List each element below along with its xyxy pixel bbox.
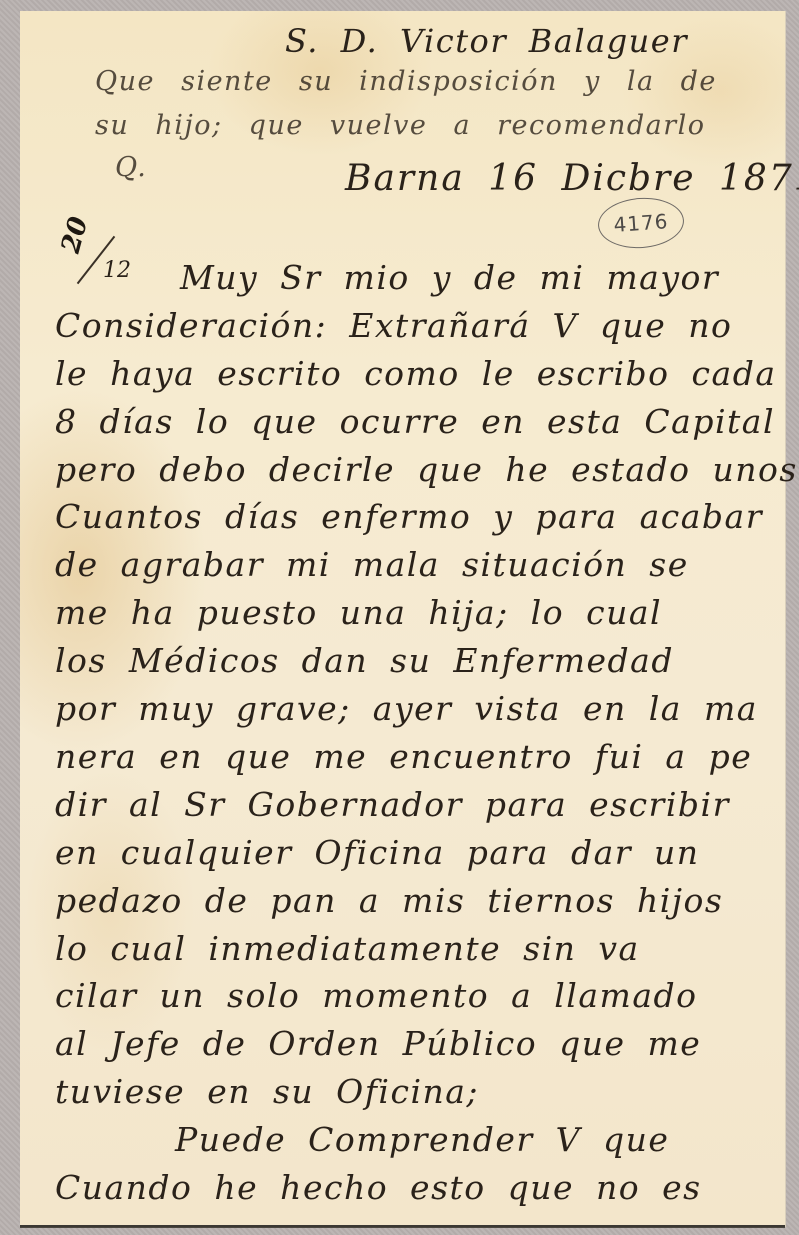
body-line: Consideración: Extrañará V que no (55, 306, 732, 345)
margin-note: 20 12 (55, 220, 125, 300)
body-line: pero debo decirle que he estado unos (55, 450, 798, 489)
body-line: Muy Sr mio y de mi mayor (180, 258, 719, 297)
body-line: nera en que me encuentro fui a pe (55, 737, 752, 776)
body-line: le haya escrito como le escribo cada (55, 354, 777, 393)
annotation-line: Q. (115, 152, 147, 183)
recipient-line: S. D. Victor Balaguer (285, 22, 688, 60)
body-line: cilar un solo momento a llamado (55, 976, 698, 1015)
body-line: de agrabar mi mala situación se (55, 545, 689, 584)
body-line: Cuando he hecho esto que no es (55, 1168, 702, 1207)
body-line: pedazo de pan a mis tiernos hijos (55, 881, 723, 920)
body-line: 8 días lo que ocurre en esta Capital (55, 402, 775, 441)
body-line: al Jefe de Orden Público que me (55, 1024, 701, 1063)
margin-note-denominator: 12 (103, 258, 131, 283)
annotation-line: su hijo; que vuelve a recomendarlo (95, 110, 706, 141)
body-line: tuviese en su Oficina; (55, 1072, 479, 1111)
place-date: Barna 16 Dicbre 1871 (345, 158, 799, 199)
annotation-line: Que siente su indisposición y la de (95, 66, 717, 97)
body-line: me ha puesto una hija; lo cual (55, 593, 662, 632)
body-line: por muy grave; ayer vista en la ma (55, 689, 758, 728)
body-line: en cualquier Oficina para dar un (55, 833, 700, 872)
body-line: lo cual inmediatamente sin va (55, 929, 640, 968)
body-line: Puede Comprender V que (175, 1120, 669, 1159)
body-line: dir al Sr Gobernador para escribir (55, 785, 730, 824)
margin-note-numerator: 20 (56, 214, 94, 257)
body-line: los Médicos dan su Enfermedad (55, 641, 674, 680)
body-line: Cuantos días enfermo y para acabar (55, 497, 763, 536)
